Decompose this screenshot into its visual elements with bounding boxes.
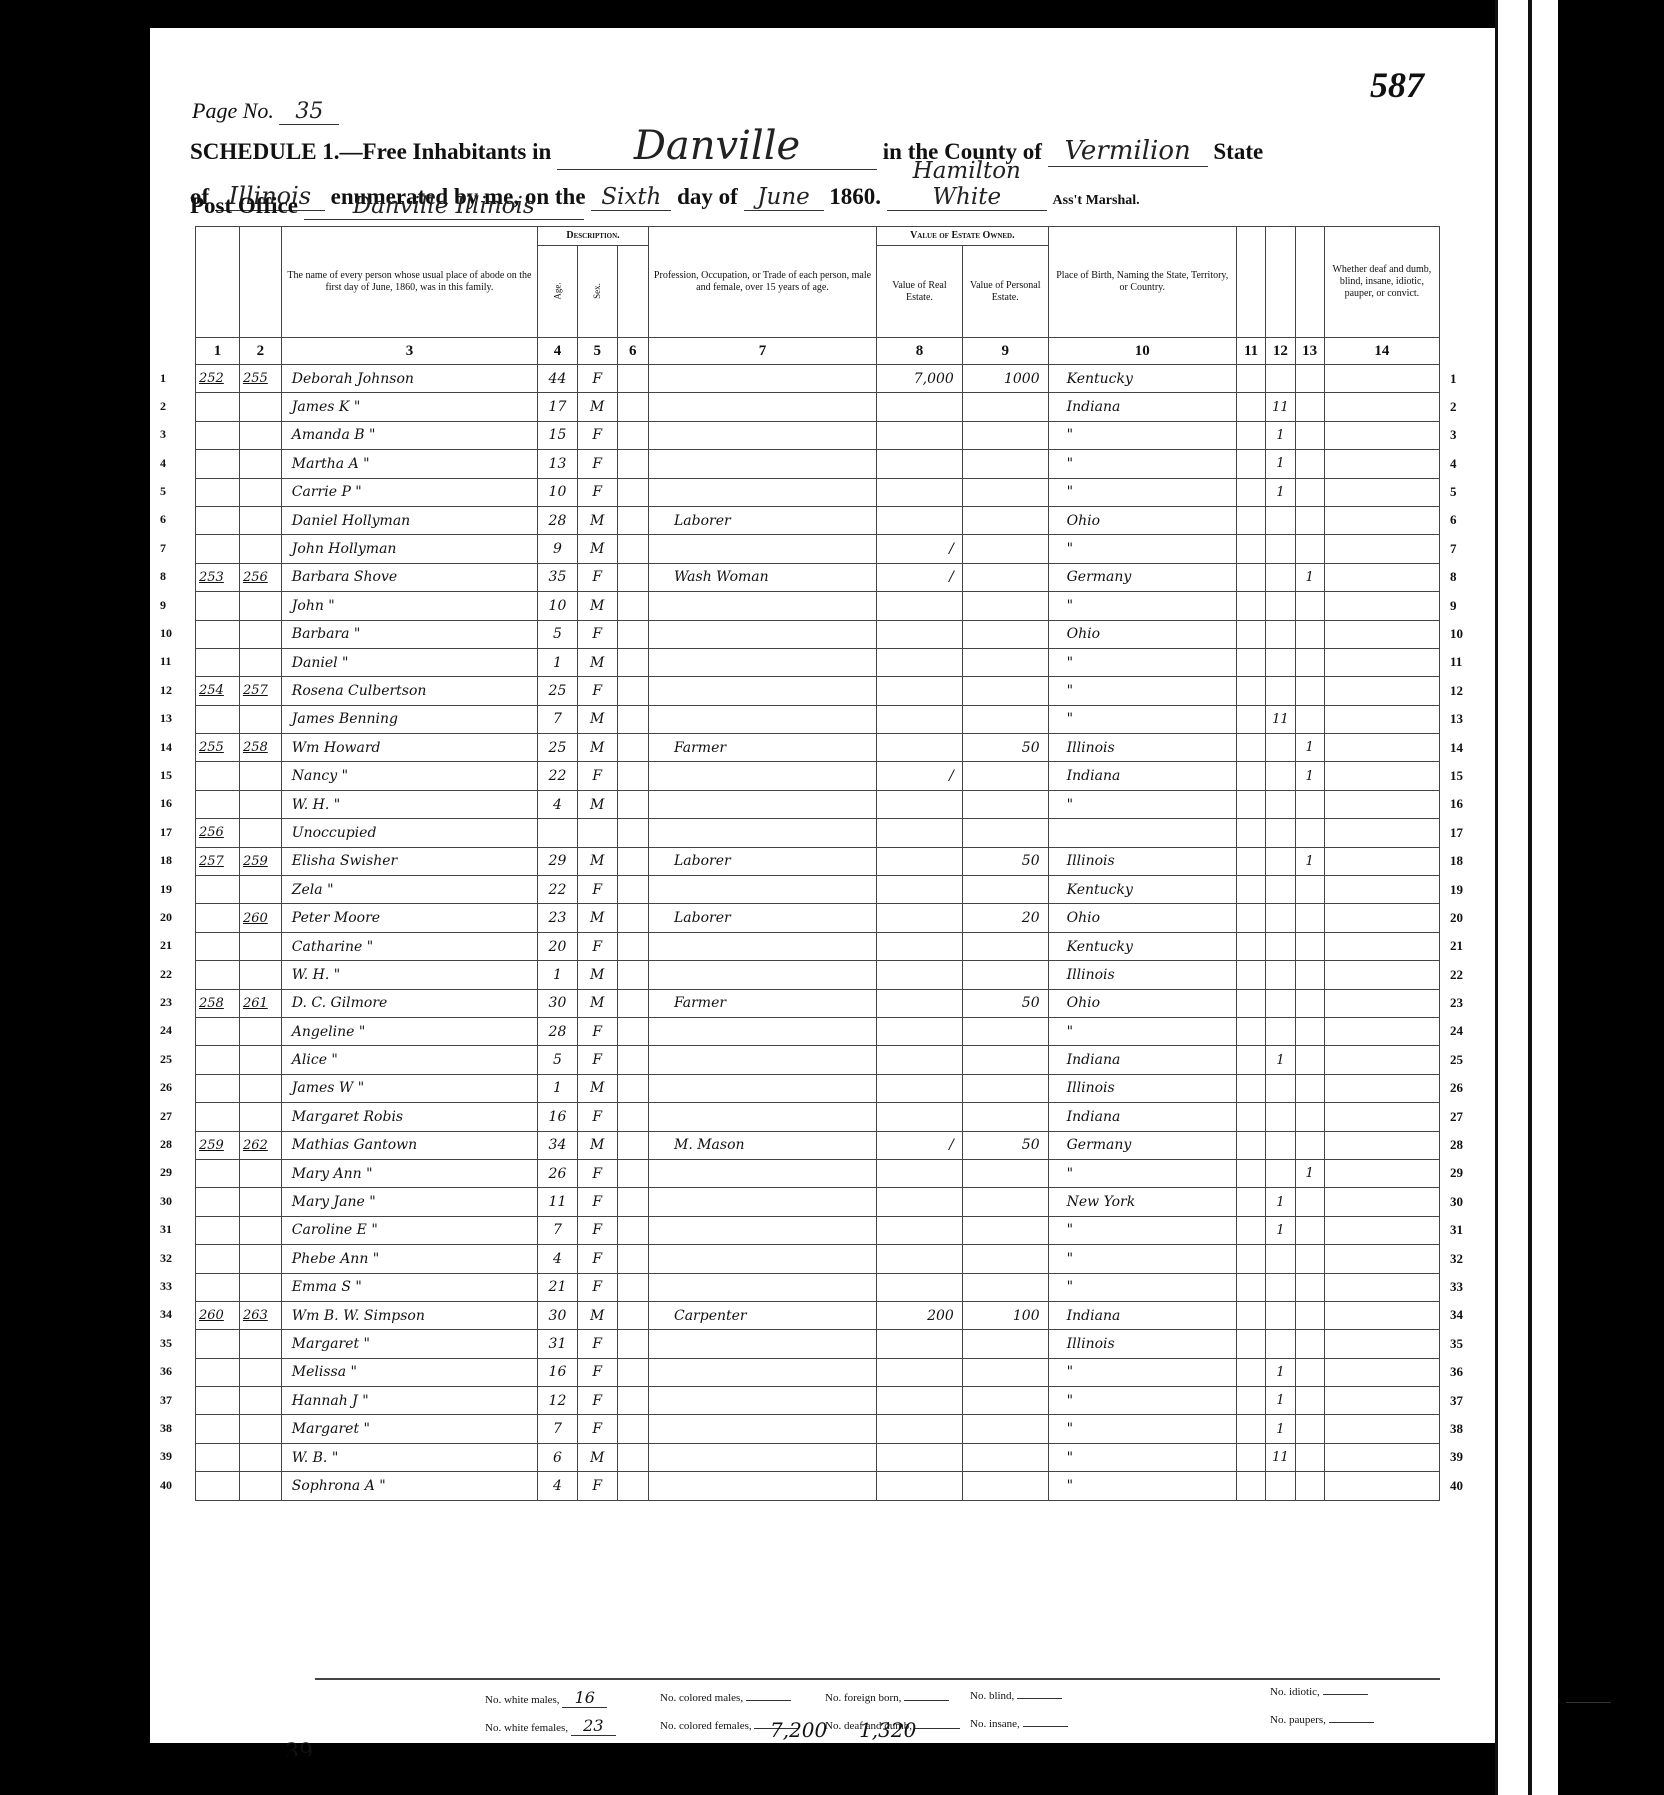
cell-illiterate [1295, 1472, 1324, 1500]
cell-illiterate [1295, 961, 1324, 989]
cell-family: 259 [239, 847, 281, 875]
cell-color [617, 1017, 648, 1045]
cell-illiterate [1295, 1131, 1324, 1159]
table-row: Margaret "31FIllinois [196, 1330, 1440, 1358]
cell-sex: M [577, 790, 617, 818]
cell-real [877, 734, 963, 762]
cell-color [617, 677, 648, 705]
cell-school: 11 [1266, 393, 1295, 421]
line-number: 5 [160, 484, 166, 499]
cell-color [617, 1415, 648, 1443]
cell-dwelling [196, 421, 240, 449]
cell-name: W. H. " [281, 961, 537, 989]
cell-remarks [1324, 1330, 1439, 1358]
cell-married [1236, 1046, 1265, 1074]
cell-illiterate [1295, 1443, 1324, 1471]
cell-occupation [648, 1216, 876, 1244]
col-school-header: Attended School within the year. [1266, 227, 1295, 338]
cell-birth: Illinois [1048, 1330, 1236, 1358]
cell-dwelling [196, 1046, 240, 1074]
table-row: Margaret Robis16FIndiana [196, 1103, 1440, 1131]
cell-sex: M [577, 847, 617, 875]
cell-occupation [648, 620, 876, 648]
cell-personal: 1000 [962, 365, 1048, 393]
cell-real [877, 1046, 963, 1074]
cell-real [877, 904, 963, 932]
cell-birth [1048, 819, 1236, 847]
cell-color [617, 1330, 648, 1358]
cell-school: 1 [1266, 421, 1295, 449]
col-sex-header: Sex. [577, 246, 617, 338]
col-number: 10 [1048, 338, 1236, 365]
line-number: 37 [1450, 1393, 1463, 1409]
cell-occupation [648, 1472, 876, 1500]
cell-remarks [1324, 876, 1439, 904]
cell-real [877, 1103, 963, 1131]
cell-married [1236, 819, 1265, 847]
cell-married [1236, 790, 1265, 818]
cell-birth: " [1048, 421, 1236, 449]
cell-illiterate [1295, 790, 1324, 818]
cell-sex: F [577, 762, 617, 790]
cell-remarks [1324, 1472, 1439, 1500]
cell-school [1266, 819, 1295, 847]
cell-married [1236, 734, 1265, 762]
line-number: 10 [1450, 626, 1463, 642]
line-number: 40 [1450, 1478, 1463, 1494]
table-row: Mary Ann "26F"1 [196, 1159, 1440, 1187]
cell-age: 25 [538, 677, 578, 705]
cell-remarks [1324, 450, 1439, 478]
cell-remarks [1324, 620, 1439, 648]
cell-remarks [1324, 1216, 1439, 1244]
cell-school [1266, 1017, 1295, 1045]
cell-personal [962, 1330, 1048, 1358]
cell-birth: Indiana [1048, 1301, 1236, 1329]
cell-family [239, 1472, 281, 1500]
cell-birth: " [1048, 1159, 1236, 1187]
cell-age: 28 [538, 1017, 578, 1045]
cell-illiterate: 1 [1295, 1159, 1324, 1187]
col-illiterate-header: Persons over 20 y'rs of age who cannot r… [1295, 227, 1324, 338]
cell-real [877, 989, 963, 1017]
cell-occupation: Farmer [648, 989, 876, 1017]
line-number: 31 [160, 1222, 172, 1237]
cell-dwelling [196, 648, 240, 676]
cell-real [877, 1074, 963, 1102]
cell-remarks [1324, 563, 1439, 591]
month-value: June [744, 184, 824, 211]
cell-married [1236, 393, 1265, 421]
cell-illiterate [1295, 1017, 1324, 1045]
cell-remarks [1324, 535, 1439, 563]
line-number: 32 [1450, 1251, 1463, 1267]
cell-personal [962, 1103, 1048, 1131]
cell-name: Wm B. W. Simpson [281, 1301, 537, 1329]
cell-occupation [648, 705, 876, 733]
cell-sex: F [577, 1387, 617, 1415]
cell-age: 7 [538, 705, 578, 733]
cell-personal [962, 506, 1048, 534]
cell-sex: M [577, 506, 617, 534]
cell-dwelling [196, 762, 240, 790]
marshal-label: Ass't Marshal. [1053, 193, 1140, 208]
cell-sex: F [577, 1159, 617, 1187]
cell-birth: Kentucky [1048, 932, 1236, 960]
cell-age: 30 [538, 989, 578, 1017]
table-row: Margaret "7F"1 [196, 1415, 1440, 1443]
cell-personal [962, 450, 1048, 478]
census-table: Dwelling-houses— numbered in the order o… [195, 226, 1440, 1501]
cell-remarks [1324, 705, 1439, 733]
cell-illiterate [1295, 904, 1324, 932]
cell-illiterate [1295, 705, 1324, 733]
insane: No. insane, [970, 1718, 1068, 1730]
cell-remarks [1324, 762, 1439, 790]
cell-color [617, 535, 648, 563]
cell-real: / [877, 762, 963, 790]
col-number: 5 [577, 338, 617, 365]
cell-age: 4 [538, 790, 578, 818]
cell-remarks [1324, 1387, 1439, 1415]
line-number: 36 [1450, 1364, 1463, 1380]
cell-family [239, 819, 281, 847]
cell-age: 5 [538, 620, 578, 648]
scan-border-bottom [150, 1756, 1495, 1795]
cell-school [1266, 1330, 1295, 1358]
cell-remarks [1324, 592, 1439, 620]
line-number: 37 [160, 1393, 172, 1408]
cell-illiterate [1295, 1273, 1324, 1301]
cell-dwelling [196, 1330, 240, 1358]
cell-married [1236, 904, 1265, 932]
table-row: Sophrona A "4F" [196, 1472, 1440, 1500]
cell-family [239, 620, 281, 648]
cell-birth: " [1048, 790, 1236, 818]
cell-occupation [648, 421, 876, 449]
line-number: 6 [160, 512, 166, 527]
cell-occupation: Laborer [648, 506, 876, 534]
cell-illiterate [1295, 506, 1324, 534]
cell-color [617, 393, 648, 421]
cell-age: 12 [538, 1387, 578, 1415]
cell-school [1266, 535, 1295, 563]
foreign-born: No. foreign born, [825, 1692, 949, 1704]
colored-males: No. colored males, [660, 1692, 791, 1704]
cell-remarks [1324, 506, 1439, 534]
cell-family [239, 876, 281, 904]
cell-birth: Indiana [1048, 762, 1236, 790]
cell-dwelling: 260 [196, 1301, 240, 1329]
cell-age: 30 [538, 1301, 578, 1329]
cell-occupation [648, 592, 876, 620]
cell-real [877, 1443, 963, 1471]
cell-name: Barbara Shove [281, 563, 537, 591]
cell-married [1236, 1472, 1265, 1500]
table-row: James Benning7M"11 [196, 705, 1440, 733]
cell-family [239, 1017, 281, 1045]
cell-married [1236, 1131, 1265, 1159]
cell-personal [962, 790, 1048, 818]
cell-married [1236, 535, 1265, 563]
table-row: Nancy "22F/Indiana1 [196, 762, 1440, 790]
cell-personal [962, 563, 1048, 591]
cell-remarks [1324, 1159, 1439, 1187]
line-number: 38 [1450, 1421, 1463, 1437]
cell-age: 28 [538, 506, 578, 534]
cell-married [1236, 450, 1265, 478]
cell-personal [962, 1245, 1048, 1273]
cell-dwelling [196, 1415, 240, 1443]
cell-occupation [648, 790, 876, 818]
cell-personal [962, 1415, 1048, 1443]
header-row-groups: Dwelling-houses— numbered in the order o… [196, 227, 1440, 246]
line-number: 24 [1450, 1023, 1463, 1039]
cell-name: Mary Ann " [281, 1159, 537, 1187]
line-number: 9 [1450, 598, 1457, 614]
cell-married [1236, 1159, 1265, 1187]
cell-illiterate: 1 [1295, 762, 1324, 790]
line-number: 27 [1450, 1109, 1463, 1125]
cell-birth: Indiana [1048, 1046, 1236, 1074]
cell-birth: " [1048, 1358, 1236, 1386]
cell-name: Mary Jane " [281, 1188, 537, 1216]
cell-occupation: Wash Woman [648, 563, 876, 591]
cell-married [1236, 677, 1265, 705]
cell-personal [962, 876, 1048, 904]
col-number: 12 [1266, 338, 1295, 365]
col-number: 9 [962, 338, 1048, 365]
table-row: James W "1MIllinois [196, 1074, 1440, 1102]
cell-family [239, 1273, 281, 1301]
scan-border-right [1495, 0, 1558, 1795]
cell-sex: F [577, 1358, 617, 1386]
cell-age [538, 819, 578, 847]
cell-personal: 50 [962, 847, 1048, 875]
line-number: 35 [160, 1336, 172, 1351]
line-number: 5 [1450, 484, 1457, 500]
col-number: 8 [877, 338, 963, 365]
cell-real [877, 677, 963, 705]
line-number: 15 [1450, 768, 1463, 784]
cell-family [239, 450, 281, 478]
cell-color [617, 1358, 648, 1386]
line-number: 31 [1450, 1222, 1463, 1238]
cell-occupation [648, 393, 876, 421]
cell-color [617, 1273, 648, 1301]
cell-color [617, 762, 648, 790]
cell-personal [962, 961, 1048, 989]
cell-family: 260 [239, 904, 281, 932]
col-name-header: The name of every person whose usual pla… [281, 227, 537, 338]
cell-real [877, 1472, 963, 1500]
cell-occupation [648, 1188, 876, 1216]
cell-birth: Kentucky [1048, 876, 1236, 904]
cell-color [617, 989, 648, 1017]
line-number: 17 [1450, 825, 1463, 841]
cell-remarks [1324, 1245, 1439, 1273]
cell-married [1236, 762, 1265, 790]
line-number: 6 [1450, 512, 1457, 528]
line-number: 11 [160, 654, 171, 669]
cell-color [617, 1074, 648, 1102]
cell-dwelling [196, 904, 240, 932]
cell-remarks [1324, 1188, 1439, 1216]
cell-sex: F [577, 1273, 617, 1301]
cell-personal [962, 677, 1048, 705]
cell-sex: F [577, 563, 617, 591]
line-number: 21 [160, 938, 172, 953]
cell-sex: F [577, 450, 617, 478]
line-number: 2 [1450, 399, 1457, 415]
cell-illiterate [1295, 1358, 1324, 1386]
cell-dwelling: 258 [196, 989, 240, 1017]
cell-occupation: Laborer [648, 847, 876, 875]
cell-sex: F [577, 1188, 617, 1216]
cell-birth: Ohio [1048, 506, 1236, 534]
cell-real: / [877, 563, 963, 591]
cell-age: 31 [538, 1330, 578, 1358]
cell-school [1266, 648, 1295, 676]
cell-illiterate [1295, 421, 1324, 449]
cell-dwelling [196, 393, 240, 421]
cell-dwelling [196, 1103, 240, 1131]
day-of-label: day of [677, 184, 738, 209]
cell-age: 21 [538, 1273, 578, 1301]
cell-birth: Indiana [1048, 1103, 1236, 1131]
cell-real: 7,000 [877, 365, 963, 393]
line-number: 28 [160, 1137, 172, 1152]
cell-birth: Illinois [1048, 961, 1236, 989]
cell-school [1266, 1074, 1295, 1102]
cell-sex: M [577, 989, 617, 1017]
cell-real [877, 648, 963, 676]
col-real-estate-header: Value of Real Estate. [877, 246, 963, 338]
cell-school [1266, 876, 1295, 904]
cell-occupation [648, 961, 876, 989]
cell-birth: " [1048, 1273, 1236, 1301]
cell-color [617, 1159, 648, 1187]
cell-remarks [1324, 1273, 1439, 1301]
cell-name: Margaret Robis [281, 1103, 537, 1131]
cell-name: Carrie P " [281, 478, 537, 506]
cell-personal [962, 1046, 1048, 1074]
post-office-value: Danville Illinois [304, 193, 584, 220]
cell-remarks [1324, 1443, 1439, 1471]
line-number: 14 [160, 740, 172, 755]
cell-color [617, 932, 648, 960]
line-number: 12 [1450, 683, 1463, 699]
cell-family [239, 1387, 281, 1415]
line-number: 8 [1450, 569, 1457, 585]
cell-real [877, 847, 963, 875]
cell-birth: " [1048, 1472, 1236, 1500]
col-number: 14 [1324, 338, 1439, 365]
cell-birth: Illinois [1048, 734, 1236, 762]
cell-color [617, 705, 648, 733]
line-number: 36 [160, 1364, 172, 1379]
cell-dwelling [196, 1188, 240, 1216]
line-number: 11 [1450, 654, 1462, 670]
cell-remarks [1324, 478, 1439, 506]
cell-name: Sophrona A " [281, 1472, 537, 1500]
cell-illiterate [1295, 478, 1324, 506]
cell-school [1266, 563, 1295, 591]
cell-school [1266, 989, 1295, 1017]
cell-personal [962, 1273, 1048, 1301]
cell-birth: Ohio [1048, 904, 1236, 932]
cell-dwelling [196, 1273, 240, 1301]
cell-occupation: Farmer [648, 734, 876, 762]
line-number: 38 [160, 1421, 172, 1436]
cell-sex: F [577, 1245, 617, 1273]
line-number: 17 [160, 825, 172, 840]
cell-name: James K " [281, 393, 537, 421]
cell-age: 26 [538, 1159, 578, 1187]
cell-name: W. H. " [281, 790, 537, 818]
cell-occupation [648, 450, 876, 478]
cell-personal: 20 [962, 904, 1048, 932]
cell-school [1266, 1103, 1295, 1131]
line-number: 3 [1450, 427, 1457, 443]
cell-sex: F [577, 677, 617, 705]
page-no-value: 35 [279, 99, 339, 125]
cell-family [239, 478, 281, 506]
cell-age: 15 [538, 421, 578, 449]
table-row: Amanda B "15F"1 [196, 421, 1440, 449]
cell-name: Amanda B " [281, 421, 537, 449]
table-row: Zela "22FKentucky [196, 876, 1440, 904]
cell-color [617, 734, 648, 762]
line-number: 13 [160, 711, 172, 726]
cell-color [617, 620, 648, 648]
cell-color [617, 1301, 648, 1329]
cell-dwelling [196, 1074, 240, 1102]
cell-birth: Germany [1048, 1131, 1236, 1159]
cell-family: 261 [239, 989, 281, 1017]
cell-birth: " [1048, 1443, 1236, 1471]
cell-personal [962, 535, 1048, 563]
line-number: 20 [160, 910, 172, 925]
paupers: No. paupers, [1270, 1714, 1374, 1726]
line-number: 23 [1450, 995, 1463, 1011]
cell-school [1266, 1273, 1295, 1301]
cell-occupation [648, 1046, 876, 1074]
cell-age: 11 [538, 1188, 578, 1216]
cell-illiterate [1295, 1301, 1324, 1329]
cell-birth: " [1048, 535, 1236, 563]
cell-sex: M [577, 648, 617, 676]
line-number: 9 [160, 598, 166, 613]
cell-dwelling [196, 1387, 240, 1415]
cell-family [239, 535, 281, 563]
cell-name: James W " [281, 1074, 537, 1102]
cell-married [1236, 1443, 1265, 1471]
cell-married [1236, 592, 1265, 620]
line-number: 30 [1450, 1194, 1463, 1210]
cell-family: 256 [239, 563, 281, 591]
cell-remarks [1324, 989, 1439, 1017]
year-value: 1860. [829, 184, 881, 209]
cell-birth: " [1048, 592, 1236, 620]
cell-family: 255 [239, 365, 281, 393]
line-number: 30 [160, 1194, 172, 1209]
cell-name: Barbara " [281, 620, 537, 648]
cell-family: 257 [239, 677, 281, 705]
cell-sex: M [577, 1074, 617, 1102]
cell-occupation: M. Mason [648, 1131, 876, 1159]
col-number: 2 [239, 338, 281, 365]
